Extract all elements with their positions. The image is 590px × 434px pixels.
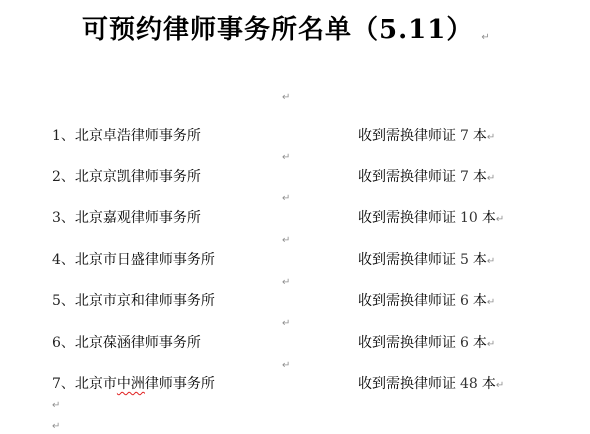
count-unit: 本 (482, 210, 496, 226)
note-label: 收到需换律师证 (358, 252, 456, 268)
paragraph-mark-icon: ↵ (282, 318, 290, 329)
paragraph-mark-icon: ↵ (282, 360, 290, 371)
firm-name: 北京葆涵律师事务所 (75, 335, 201, 351)
firm-name: 北京卓浩律师事务所 (75, 128, 201, 144)
paragraph-mark-icon: ↵ (496, 380, 504, 391)
spellcheck-flagged-word[interactable]: 中洲 (117, 376, 145, 392)
paragraph-mark-icon: ↵ (481, 32, 490, 43)
item-number: 6、 (52, 335, 75, 351)
list-item: 5、北京市京和律师事务所 收到需换律师证6本↵ (52, 291, 215, 311)
note-label: 收到需换律师证 (358, 335, 456, 351)
certificate-count: 5 (460, 252, 469, 268)
count-unit: 本 (473, 252, 487, 268)
list-item: 1、北京卓浩律师事务所 收到需换律师证7本↵ (52, 126, 201, 146)
paragraph-mark-icon: ↵ (52, 421, 60, 432)
note-label: 收到需换律师证 (358, 169, 456, 185)
list-item: 2、北京京凯律师事务所 收到需换律师证7本↵ (52, 167, 201, 187)
item-number: 7、 (52, 376, 75, 392)
certificate-count: 7 (460, 169, 469, 185)
paragraph-mark-icon: ↵ (52, 400, 60, 411)
page-title: 可预约律师事务所名单（5.11）↵ (82, 12, 491, 54)
firm-name: 北京嘉观律师事务所 (75, 210, 201, 226)
paragraph-mark-icon: ↵ (282, 92, 290, 103)
count-unit: 本 (473, 335, 487, 351)
certificate-count: 6 (460, 335, 469, 351)
certificate-count: 6 (460, 293, 469, 309)
count-unit: 本 (473, 169, 487, 185)
certificate-note: 收到需换律师证6本↵ (358, 291, 495, 313)
paragraph-mark-icon: ↵ (282, 152, 290, 163)
paragraph-mark-icon: ↵ (282, 235, 290, 246)
certificate-note: 收到需换律师证7本↵ (358, 167, 495, 189)
certificate-note: 收到需换律师证10本↵ (358, 208, 504, 230)
item-number: 3、 (52, 210, 75, 226)
firm-name: 北京市日盛律师事务所 (75, 252, 215, 268)
note-label: 收到需换律师证 (358, 293, 456, 309)
paragraph-mark-icon: ↵ (487, 297, 495, 308)
paragraph-mark-icon: ↵ (487, 339, 495, 350)
certificate-note: 收到需换律师证7本↵ (358, 126, 495, 148)
firm-name-part: 北京市 (75, 376, 117, 392)
list-item: 4、北京市日盛律师事务所 收到需换律师证5本↵ (52, 250, 215, 270)
count-unit: 本 (482, 376, 496, 392)
certificate-note: 收到需换律师证6本↵ (358, 333, 495, 355)
list-item: 7、北京市中洲律师事务所 收到需换律师证48本↵ (52, 374, 215, 394)
firm-name: 北京市京和律师事务所 (75, 293, 215, 309)
count-unit: 本 (473, 293, 487, 309)
title-text: 可预约律师事务所名单（5.11） (82, 15, 473, 45)
list-item: 3、北京嘉观律师事务所 收到需换律师证10本↵ (52, 208, 201, 228)
certificate-count: 48 (460, 376, 478, 392)
firm-name: 北京京凯律师事务所 (75, 169, 201, 185)
firm-name-part: 律师事务所 (145, 376, 215, 392)
list-item: 6、北京葆涵律师事务所 收到需换律师证6本↵ (52, 333, 201, 353)
paragraph-mark-icon: ↵ (487, 173, 495, 184)
paragraph-mark-icon: ↵ (487, 132, 495, 143)
paragraph-mark-icon: ↵ (282, 277, 290, 288)
certificate-note: 收到需换律师证5本↵ (358, 250, 495, 272)
item-number: 5、 (52, 293, 75, 309)
item-number: 4、 (52, 252, 75, 268)
item-number: 1、 (52, 128, 75, 144)
firm-name: 北京市中洲律师事务所 (75, 376, 215, 392)
paragraph-mark-icon: ↵ (496, 214, 504, 225)
paragraph-mark-icon: ↵ (487, 256, 495, 267)
certificate-count: 10 (460, 210, 478, 226)
note-label: 收到需换律师证 (358, 128, 456, 144)
note-label: 收到需换律师证 (358, 210, 456, 226)
certificate-count: 7 (460, 128, 469, 144)
certificate-note: 收到需换律师证48本↵ (358, 374, 504, 396)
count-unit: 本 (473, 128, 487, 144)
note-label: 收到需换律师证 (358, 376, 456, 392)
item-number: 2、 (52, 169, 75, 185)
paragraph-mark-icon: ↵ (282, 193, 290, 204)
